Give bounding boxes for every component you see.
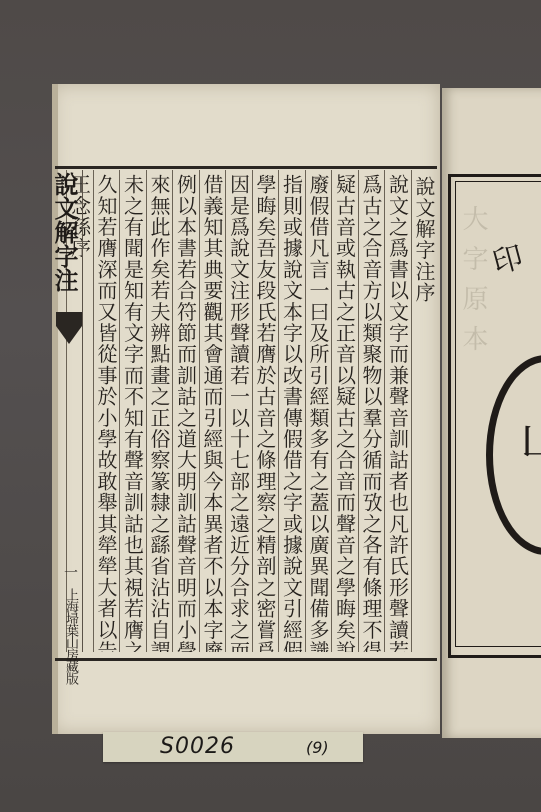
fish-tail-mark <box>56 326 82 344</box>
page-number: 一 <box>60 565 80 579</box>
publisher-mark: 上海埽葉山房藏版 <box>60 588 80 684</box>
text-column: 未之有聞是知有文字而不知有聲音訓詁也其視若膺之學淺深相去爲何如邪余交若膺 <box>119 170 146 652</box>
fish-tail-mark <box>56 312 82 326</box>
preface-title: 說文解字注序 <box>411 170 438 652</box>
volume-number: (9) <box>306 738 329 757</box>
text-column: 久知若膺深而又皆從事於小學故敢舉其犖犖大者以告綴學之士云嘉慶戊辰五月高郵 <box>93 170 120 652</box>
text-column: 來無此作矣若夫辨點畫之正俗察篆隸之繇省沾沾自謂得之而於轉注假借之通例茫乎 <box>146 170 173 652</box>
text-column: 說文之爲書以文字而兼聲音訓詁者也凡許氏形聲讀若皆與古音相準或爲古之正音或 <box>384 170 411 652</box>
text-column: 爲古之合音方以類聚物以羣分循而攷之各有條理不得其遠近分合之故則或執今音以 <box>358 170 385 652</box>
text-column: 疑古音或執古之正音以疑古之合音而聲音之學晦矣說文之訓首列製字之本意而亦不 <box>331 170 358 652</box>
text-column: 例以本書若合符節而訓詁之道大明訓詁聲音明而小學明小學明而經學明蓋千七百年 <box>172 170 199 652</box>
seal-inner-character: 山 <box>520 400 541 469</box>
text-column: 借義知其典要觀其會通而引經與今本異者不以本字廢借字不以借字易本字揆諸經義 <box>199 170 226 652</box>
text-column: 指則或據說文本字以改書傳假借之字或據說文引經假借之字以改經之本字而訓詁之 <box>278 170 305 652</box>
banxin-title: 說文解字注 <box>58 172 82 292</box>
text-columns: 說文解字注序 說文之爲書以文字而兼聲音訓詁者也凡許氏形聲讀若皆與古音相準或爲古之… <box>60 170 437 652</box>
bleed-through-text: 大字原本 <box>462 205 492 365</box>
text-column: 學晦矣吾友段氏若膺於古音之條理察之精剖之密嘗爲六書音均表立十七部以綜核之 <box>252 170 279 652</box>
text-column: 因是爲說文注形聲讀若一以十七部之遠近分合求之而聲音之道大明於許氏之說正義 <box>225 170 252 652</box>
catalog-id: S0026 <box>160 734 235 759</box>
text-column: 廢假借凡言一曰及所引經類多有之蓋以廣異聞備多識而不限於一隅也不明乎假借之 <box>305 170 332 652</box>
